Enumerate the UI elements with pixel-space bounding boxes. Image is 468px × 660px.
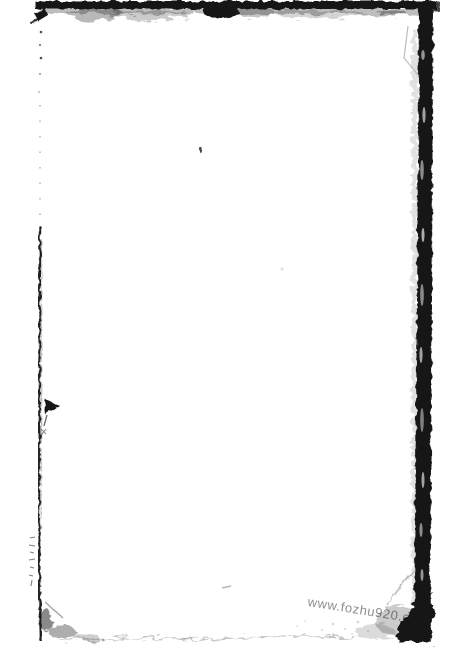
scan-artifact-layer (0, 0, 468, 660)
watermark: www.fozhu920.co (307, 594, 419, 626)
left-edge-line (29, 105, 105, 642)
scanned-page: www.fozhu920.co (0, 0, 468, 660)
corner-speckles (296, 620, 369, 635)
top-edge-shadow (35, 1, 439, 20)
paper-crease (404, 26, 419, 76)
right-edge-shadow (404, 5, 433, 642)
band-mottling (419, 50, 425, 581)
top-left-corner-mark (31, 3, 57, 93)
margin-scribbles (29, 537, 35, 586)
bottom-edge-smudge (60, 636, 356, 641)
bottom-left-stain (39, 602, 105, 642)
page-specks (199, 147, 284, 588)
ink-blob (44, 398, 60, 415)
